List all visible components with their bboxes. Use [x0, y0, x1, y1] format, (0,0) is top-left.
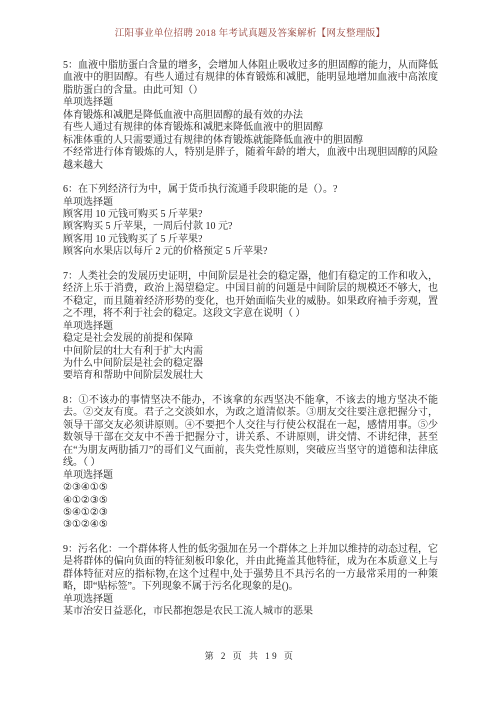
- question-6-option-d: 顾客向水果店以每斤 2 元的价格预定 5 斤苹果?: [63, 246, 438, 258]
- question-5-option-b: 有些人通过有规律的体育锻炼和减肥来降低血液中的胆固醇: [63, 122, 438, 134]
- question-6-option-a: 顾客用 10 元钱可购买 5 斤苹果?: [63, 209, 438, 221]
- question-5-type-label: 单项选择题: [63, 97, 438, 109]
- question-7-stem: 7：人类社会的发展历史证明，中间阶层是社会的稳定器，他们有稳定的工作和收入，经济…: [63, 271, 438, 321]
- question-7: 7：人类社会的发展历史证明，中间阶层是社会的稳定器，他们有稳定的工作和收入，经济…: [63, 271, 438, 383]
- question-6-stem: 6：在下列经济行为中，属于货币执行流通手段职能的是（）。?: [63, 184, 438, 196]
- question-6-option-b: 顾客购买 5 斤苹果，一周后付款 10 元?: [63, 221, 438, 233]
- page-number-footer: 第 2 页 共 19 页: [0, 649, 500, 662]
- question-6-type-label: 单项选择题: [63, 197, 438, 209]
- question-5-stem: 5：血液中脂肪蛋白含量的增多，会增加人体阻止吸收过多的胆固醇的能力，从而降低血液…: [63, 60, 438, 97]
- document-page: 江阳事业单位招聘 2018 年考试真题及答案解析【网友整理版】 5：血液中脂肪蛋…: [0, 0, 500, 707]
- question-8-stem: 8：①不该办的事情坚决不能办，不该拿的东西坚决不能拿，不该去的地方坚决不能去。②…: [63, 395, 438, 470]
- question-5-option-a: 体育锻炼和减肥是降低血液中高胆固醇的最有效的办法: [63, 110, 438, 122]
- question-7-option-c: 为什么中间阶层是社会的稳定器: [63, 358, 438, 370]
- question-9-stem: 9：污名化：一个群体将人性的低劣强加在另一个群体之上并加以维持的动态过程，它是将…: [63, 544, 438, 594]
- question-6: 6：在下列经济行为中，属于货币执行流通手段职能的是（）。? 单项选择题 顾客用 …: [63, 184, 438, 259]
- doc-header-title: 江阳事业单位招聘 2018 年考试真题及答案解析【网友整理版】: [0, 28, 500, 41]
- question-7-option-d: 要培育和帮助中间阶层发展壮大: [63, 370, 438, 382]
- question-9-type-label: 单项选择题: [63, 594, 438, 606]
- question-8-option-a: ②③④①⑤: [63, 482, 438, 494]
- question-8-option-b: ④①②③⑤: [63, 495, 438, 507]
- question-5: 5：血液中脂肪蛋白含量的增多，会增加人体阻止吸收过多的胆固醇的能力，从而降低血液…: [63, 60, 438, 172]
- question-8: 8：①不该办的事情坚决不能办，不该拿的东西坚决不能拿，不该去的地方坚决不能去。②…: [63, 395, 438, 532]
- question-5-option-d: 不经常进行体育锻炼的人，特别是胖子，随着年龄的增大，血液中出现胆固醇的风险越来越…: [63, 147, 438, 172]
- question-5-option-c: 标准体重的人只需要通过有规律的体育锻炼就能降低血液中的胆固醇: [63, 135, 438, 147]
- question-6-option-c: 顾客用 10 元钱购买了 5 斤苹果?: [63, 234, 438, 246]
- question-9-option-a: 某市治安日益恶化，市民都抱怨是农民工流人城市的恶果: [63, 606, 438, 618]
- question-8-type-label: 单项选择题: [63, 470, 438, 482]
- question-8-option-c: ⑤④①②③: [63, 507, 438, 519]
- question-8-option-d: ③①②④⑤: [63, 519, 438, 531]
- question-7-option-b: 中间阶层的壮大有利于扩大内需: [63, 346, 438, 358]
- question-9: 9：污名化：一个群体将人性的低劣强加在另一个群体之上并加以维持的动态过程，它是将…: [63, 544, 438, 619]
- question-7-type-label: 单项选择题: [63, 321, 438, 333]
- question-7-option-a: 稳定是社会发展的前提和保障: [63, 333, 438, 345]
- doc-body: 5：血液中脂肪蛋白含量的增多，会增加人体阻止吸收过多的胆固醇的能力，从而降低血液…: [63, 60, 438, 631]
